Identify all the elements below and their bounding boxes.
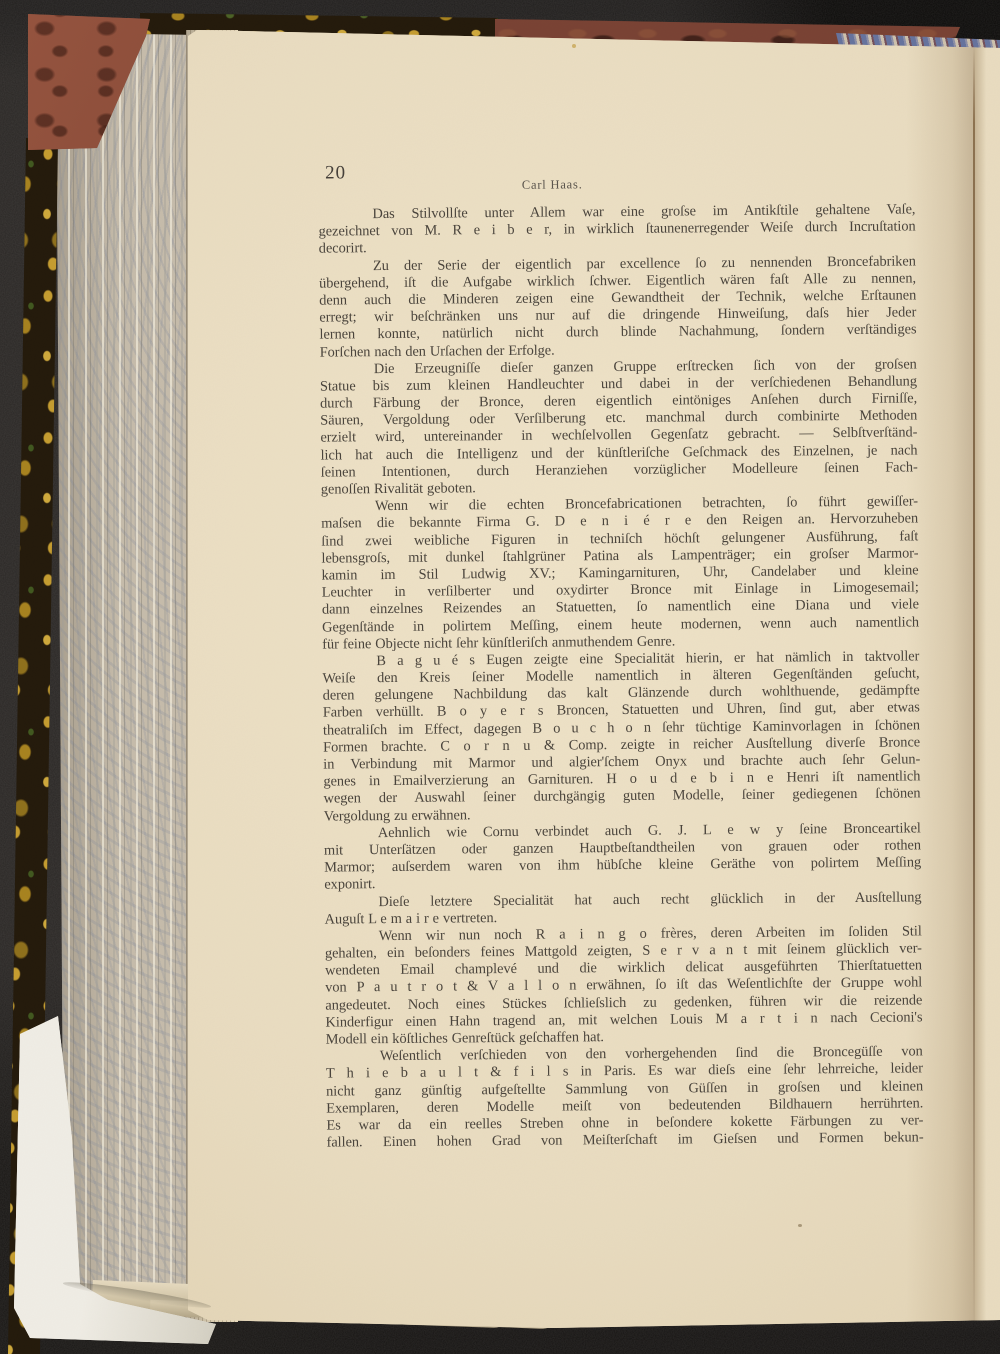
paragraph: Dieſe letztere Specialität hat auch rech… — [324, 889, 921, 929]
paragraphs: Das Stilvollſte unter Allem war eine gro… — [318, 201, 923, 1151]
paragraph: Das Stilvollſte unter Allem war eine gro… — [318, 201, 915, 258]
foxing-spot — [798, 1224, 802, 1227]
paragraph: B a g u é s Eugen zeigte eine Specialitä… — [322, 648, 920, 825]
page-number: 20 — [325, 162, 346, 184]
gutter-crease — [973, 46, 975, 1330]
facing-page-sliver — [975, 38, 1000, 1334]
paragraph: Wenn wir die echten Broncefabricationen … — [321, 494, 919, 654]
running-header: Carl Haas. — [434, 177, 670, 194]
paragraph: Zu der Serie der eigentlich par excellen… — [319, 253, 917, 361]
paragraph: Die Erzeugniſſe dieſer ganzen Gruppe erſ… — [320, 356, 918, 499]
paragraph: Wenn wir nun noch R a i n g o frères, de… — [325, 923, 923, 1049]
paragraph: Aehnlich wie Cornu verbindet auch G. J. … — [324, 820, 922, 894]
paragraph: Weſentlich verſchieden von den vorhergeh… — [326, 1044, 924, 1152]
book-scan: 20 Carl Haas. Das Stilvollſte unter Alle… — [0, 0, 1000, 1354]
foxing-spot — [572, 44, 576, 48]
